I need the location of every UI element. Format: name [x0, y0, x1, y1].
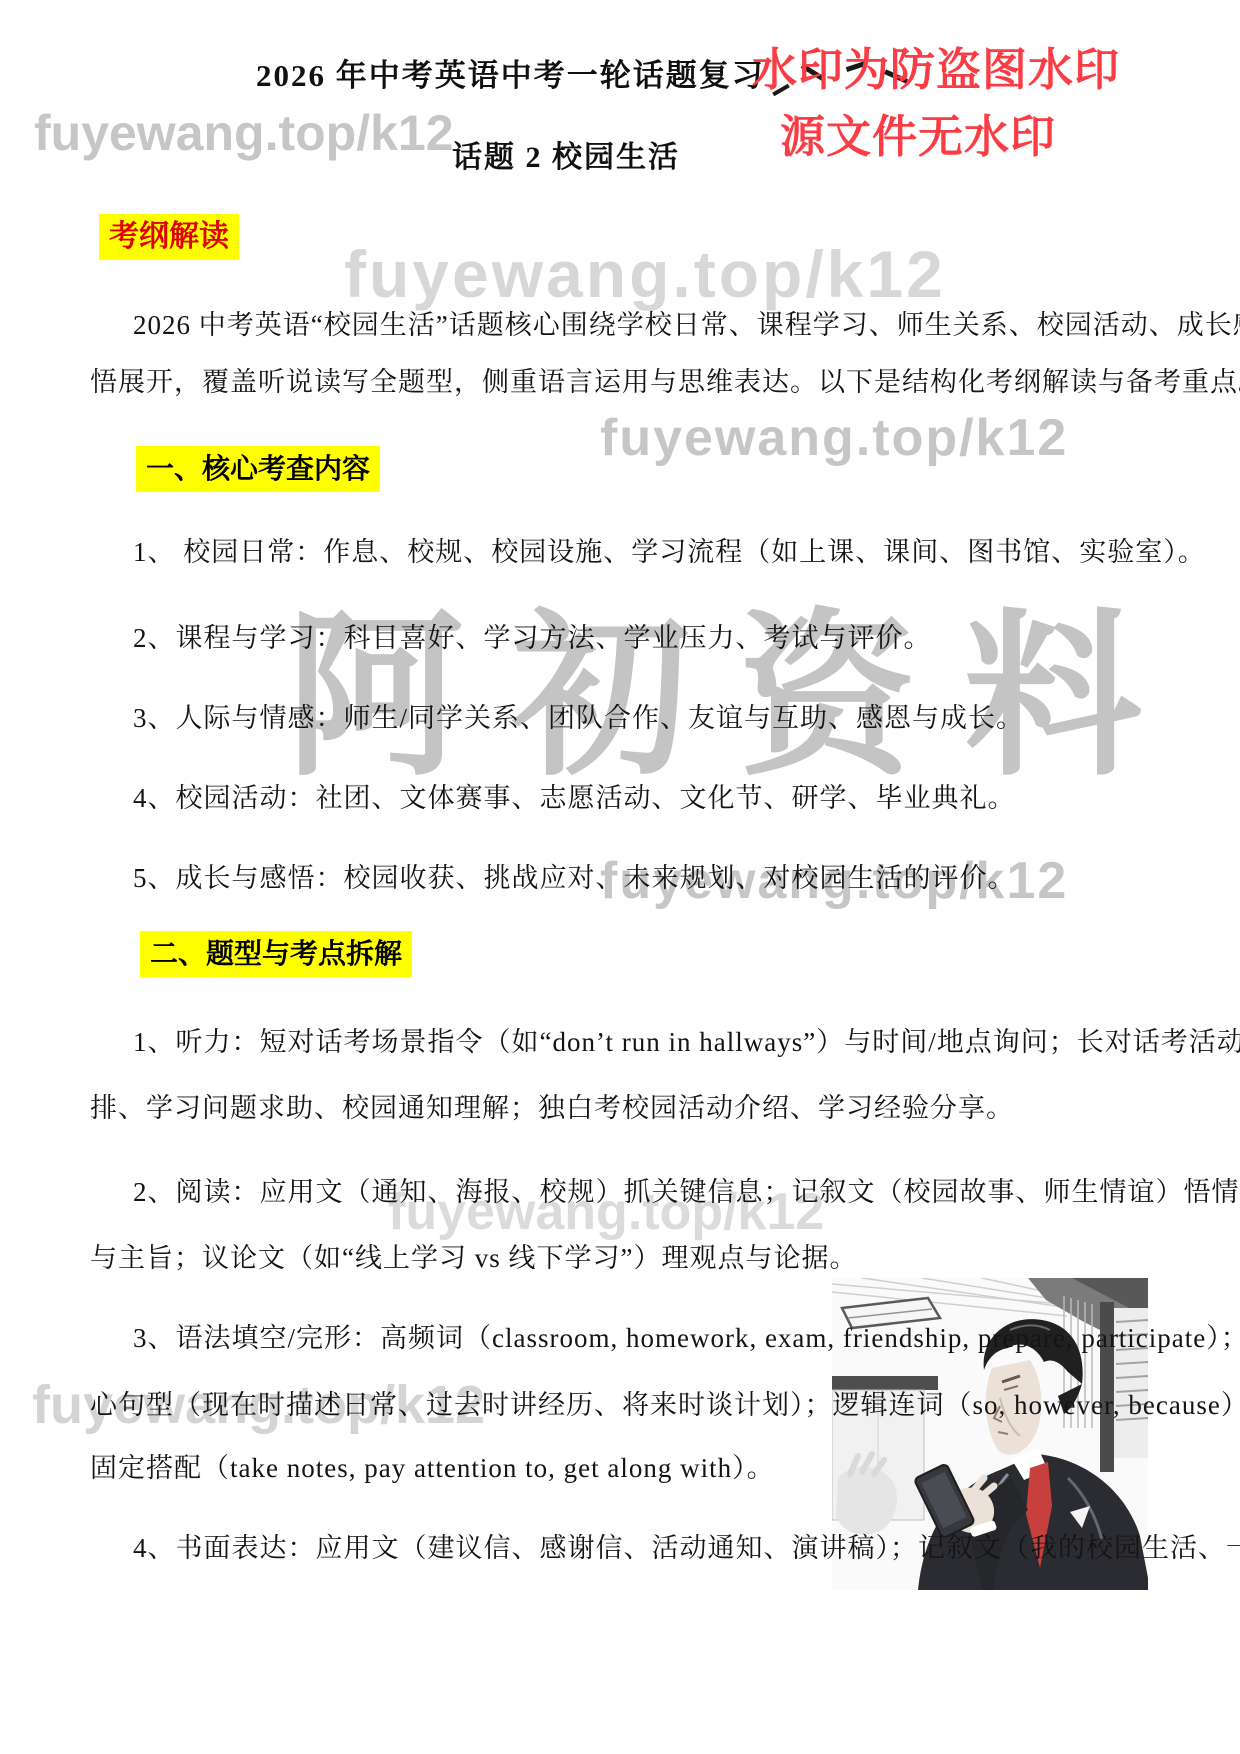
section2-item4-line1: 4、书面表达：应用文（建议信、感谢信、活动通知、演讲稿）；记叙文（我的校园生活、…: [133, 1526, 1240, 1565]
anti-theft-watermark-line1: 水印为防盗图水印: [752, 33, 1120, 98]
section2-item1-line2: 排、学习问题求助、校园通知理解；独白考校园活动介绍、学习经验分享。: [90, 1086, 1014, 1125]
section2-heading-badge: 二、题型与考点拆解: [140, 931, 412, 977]
intro-line-2: 悟展开，覆盖听说读写全题型，侧重语言运用与思维表达。以下是结构化考纲解读与备考重…: [90, 360, 1240, 399]
section2-item2-line2: 与主旨；议论文（如“线上学习 vs 线下学习”）理观点与论据。: [90, 1236, 857, 1275]
section2-item3-line3: 固定搭配（take notes, pay attention to, get a…: [90, 1446, 775, 1485]
section1-item-4: 4、校园活动：社团、文体赛事、志愿活动、文化节、研学、毕业典礼。: [133, 776, 1016, 815]
site-watermark-intro: fuyewang.top/k12: [344, 236, 946, 312]
intro-line-1: 2026 中考英语“校园生活”话题核心围绕学校日常、课程学习、师生关系、校园活动…: [133, 303, 1240, 342]
section1-item-5: 5、成长与感悟：校园收获、挑战应对、未来规划、对校园生活的评价。: [133, 856, 1016, 895]
section1-heading-badge: 一、核心考查内容: [136, 446, 380, 492]
section2-item3-line1: 3、语法填空/完形：高频词（classroom, homework, exam,…: [133, 1316, 1240, 1355]
site-watermark-top-left: fuyewang.top/k12: [34, 104, 454, 162]
section2-item1-line1: 1、听力：短对话考场景指令（如“don’t run in hallways”）与…: [133, 1020, 1240, 1059]
anti-theft-watermark-line2: 源文件无水印: [780, 100, 1056, 165]
document-subtitle: 话题 2 校园生活: [452, 132, 680, 176]
document-page: fuyewang.top/k12 fuyewang.top/k12 fuyewa…: [0, 0, 1240, 1754]
section2-item2-line1: 2、阅读：应用文（通知、海报、校规）抓关键信息；记叙文（校园故事、师生情谊）悟情…: [133, 1170, 1240, 1209]
section1-item-2: 2、课程与学习：科目喜好、学习方法、学业压力、考试与评价。: [133, 616, 932, 655]
document-title: 2026 年中考英语中考一轮话题复习: [256, 50, 765, 95]
section2-item3-line2: 心句型（现在时描述日常、过去时讲经历、将来时谈计划）；逻辑连词（so, howe…: [90, 1383, 1240, 1422]
site-watermark-section1: fuyewang.top/k12: [600, 408, 1068, 468]
section1-item-3: 3、人际与情感：师生/同学关系、团队合作、友谊与互助、感恩与成长。: [133, 696, 1024, 735]
section1-item-1: 1、 校园日常：作息、校规、校园设施、学习流程（如上课、课间、图书馆、实验室）。: [133, 530, 1206, 569]
outline-badge: 考纲解读: [99, 214, 239, 260]
